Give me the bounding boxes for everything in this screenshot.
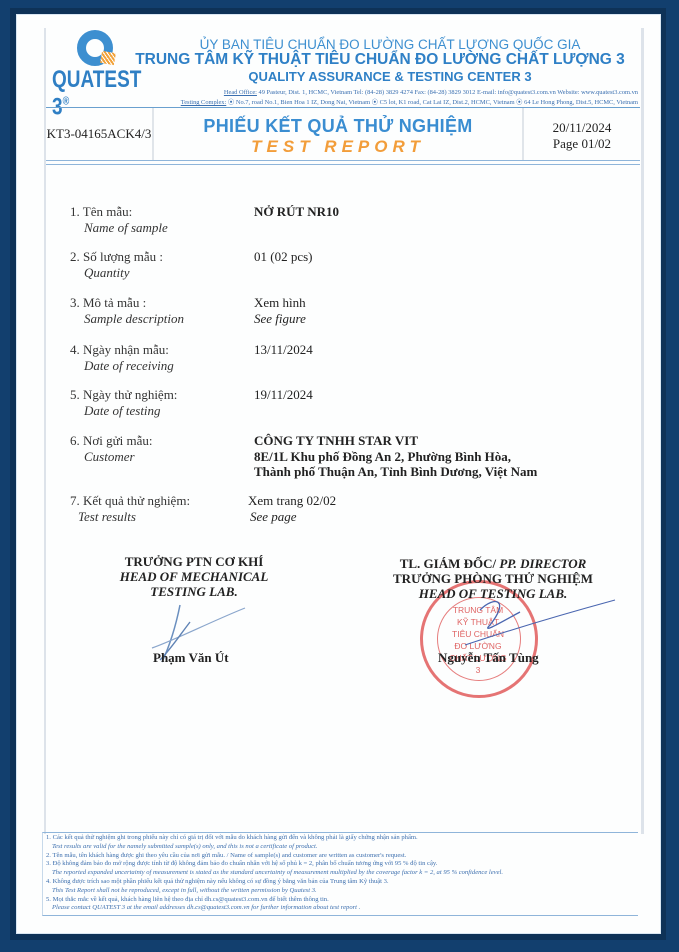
handwritten-signature-icon <box>450 590 620 650</box>
sample-name-value: NỞ RÚT NR10 <box>254 204 339 220</box>
test-results-value: Xem trang 02/02 <box>248 493 336 509</box>
page-number: Page 01/02 <box>553 136 611 152</box>
report-date-page: 20/11/2024 Page 01/02 <box>524 108 640 160</box>
header-center-en: QUALITY ASSURANCE & TESTING CENTER 3 <box>140 69 640 84</box>
logo-rays-icon <box>100 51 116 65</box>
footer-notes: 1. Các kết quả thử nghiệm ghi trong phiế… <box>42 832 638 916</box>
report-number: KT3-04165ACK4/3 <box>46 108 154 160</box>
report-title-vn: PHIẾU KẾT QUẢ THỬ NGHIỆM <box>154 116 522 137</box>
page-margin-line <box>641 28 644 834</box>
report-title-en: TEST REPORT <box>154 137 522 157</box>
testing-complex-info: Testing Complex: ⦿ No.7, road No.1, Bien… <box>103 97 638 106</box>
signer-name-right: Nguyễn Tấn Tùng <box>438 650 539 666</box>
customer-address-line2: Thành phố Thuận An, Tỉnh Bình Dương, Việ… <box>254 464 537 480</box>
quantity-value: 01 (02 pcs) <box>254 249 313 265</box>
date-received-value: 13/11/2024 <box>254 342 313 358</box>
header-center-vn: TRUNG TÂM KỸ THUẬT TIÊU CHUẨN ĐO LƯỜNG C… <box>120 51 640 69</box>
signature-block-lab-head: TRƯỞNG PTN CƠ KHÍ HEAD OF MECHANICAL TES… <box>94 554 294 599</box>
header-agency: ỦY BAN TIÊU CHUẨN ĐO LƯỜNG CHẤT LƯỢNG QU… <box>140 37 640 52</box>
signer-name-left: Phạm Văn Út <box>153 650 229 666</box>
customer-name: CÔNG TY TNHH STAR VIT <box>254 433 418 449</box>
report-title: PHIẾU KẾT QUẢ THỬ NGHIỆM TEST REPORT <box>154 108 524 160</box>
sample-description-value: Xem hình <box>254 295 306 311</box>
customer-address-line1: 8E/1L Khu phố Đồng An 2, Phường Bình Hòa… <box>254 449 511 465</box>
report-meta-box: KT3-04165ACK4/3 PHIẾU KẾT QUẢ THỬ NGHIỆM… <box>46 108 640 160</box>
head-office-info: Head Office: 49 Pasteur, Dist. 1, HCMC, … <box>103 89 638 96</box>
date-testing-value: 19/11/2024 <box>254 387 313 403</box>
meta-divider <box>46 160 640 165</box>
report-date: 20/11/2024 <box>553 120 612 136</box>
